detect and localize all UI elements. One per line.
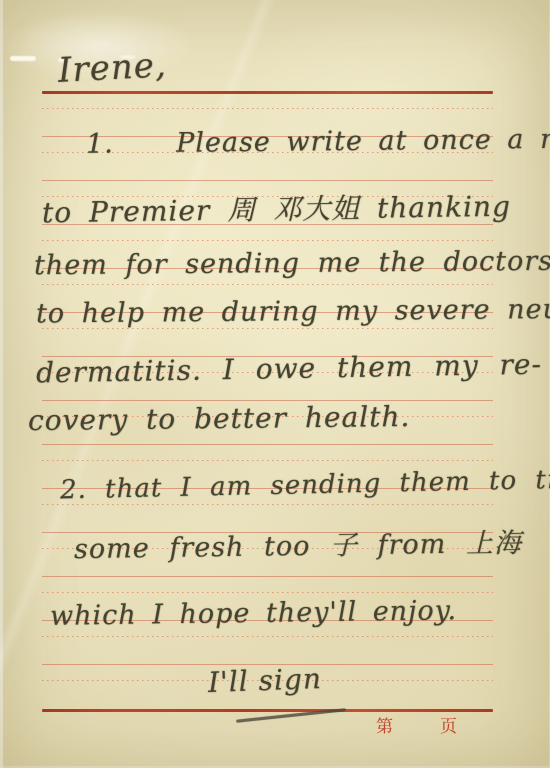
letter-line: some fresh too 子 from 上海 [74,521,522,566]
letter-line: to Premier 周 邓大姐 thanking [42,185,511,232]
top-rule [42,91,493,94]
letter-photo: Irene, 1. Please write at once a note to… [0,0,550,768]
letter-line: 1. Please write at once a note [86,123,550,159]
paper-speck [10,56,36,61]
letter-line: dermatitis. I owe them my re- [36,348,542,390]
dotted-line [42,592,493,593]
letter-line: covery to better health. [28,400,411,437]
ruled-line [42,180,493,181]
dotted-line [42,240,493,241]
dotted-line [42,284,493,285]
closing-line: I'll sign [207,662,322,699]
ruled-line [42,444,493,445]
dotted-line [42,108,493,109]
page-label-page: 页 [440,712,457,737]
bottom-rule [42,709,493,712]
letter-line: to help me during my severe neuro- [36,294,550,330]
letter-line: 2. that I am sending them to try [60,465,550,506]
dotted-line [42,460,493,461]
salutation-line: Irene, [57,45,168,91]
page-label-first: 第 [376,712,393,737]
letter-line: which I hope they'll enjoy. [50,595,457,632]
letter-line: them for sending me the doctors [34,246,550,282]
ruled-line [42,576,493,577]
dotted-line [42,636,493,637]
